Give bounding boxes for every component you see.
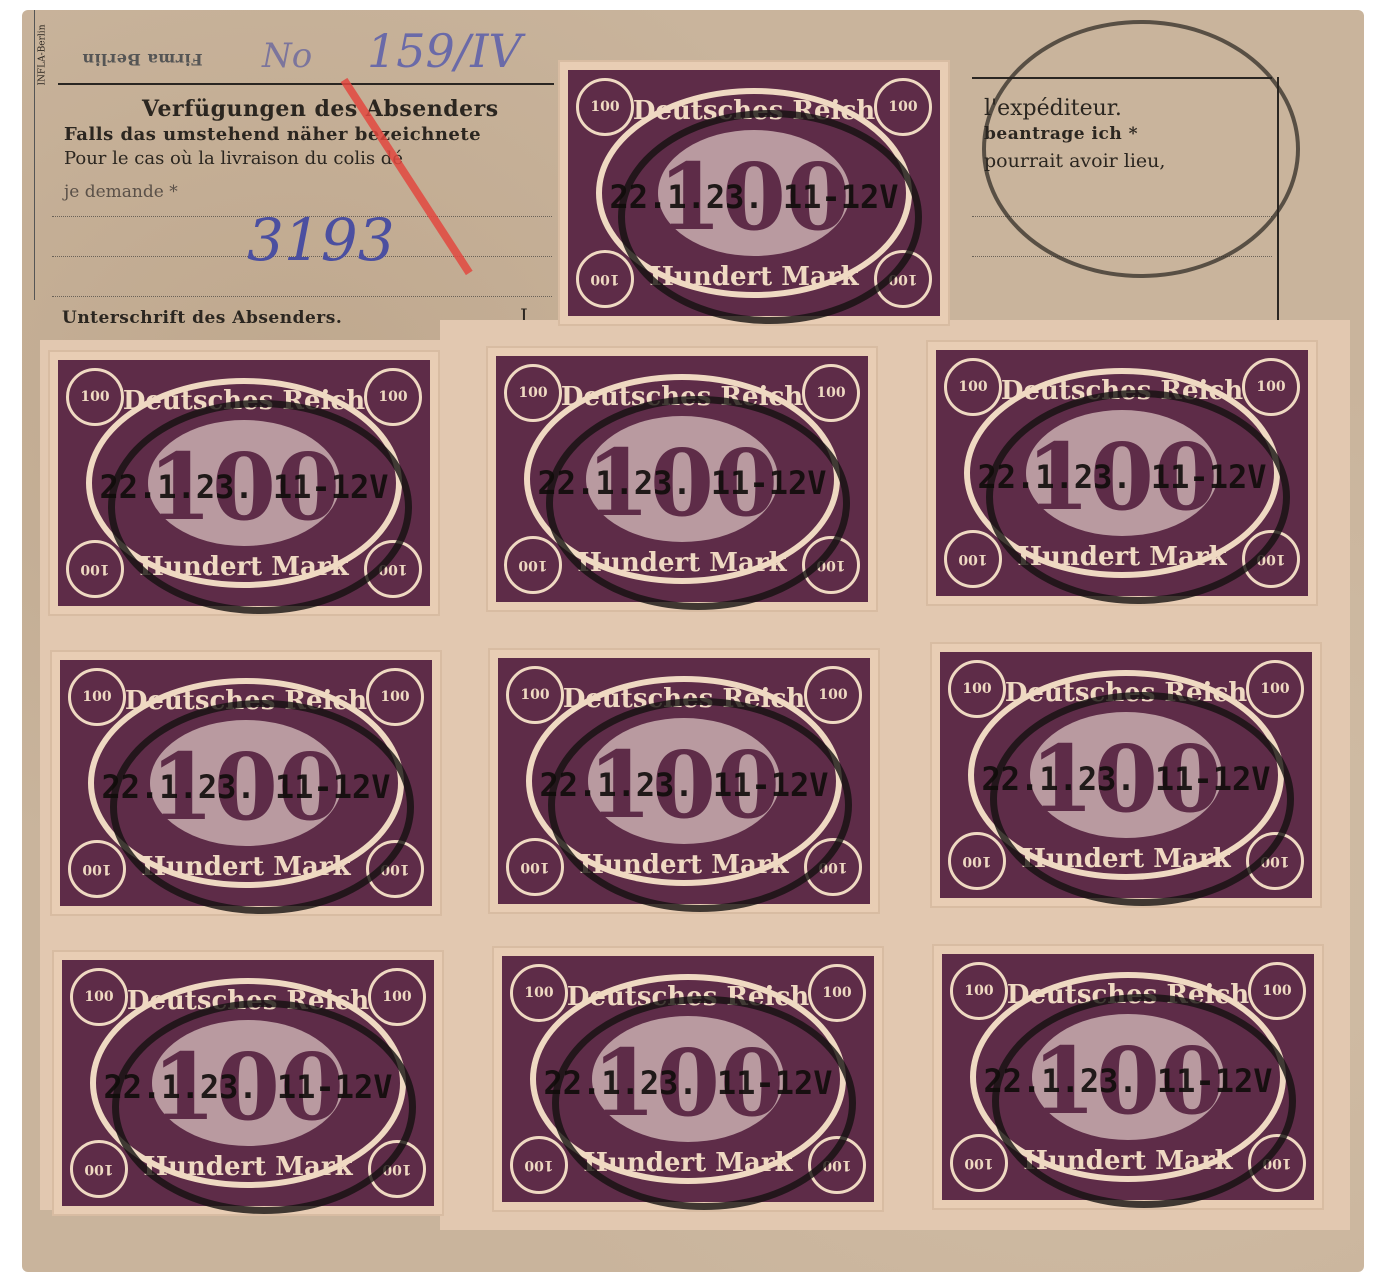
- postmark: [110, 700, 414, 914]
- left-border: [34, 10, 35, 300]
- upside-down-label: Firma Berlin: [82, 50, 203, 69]
- postage-stamp: 100 100 100 100 Deutsches Reich 100 Hund…: [494, 948, 882, 1210]
- postmark: [108, 400, 412, 614]
- handwritten-ref: 3193: [247, 206, 395, 274]
- line2-fr: Pour le cas où la livraison du colis dé: [64, 148, 403, 169]
- line3-fr: je demande *: [64, 182, 178, 202]
- printer-mark: INFLA-Berlin: [38, 25, 48, 86]
- postmark: [618, 110, 922, 324]
- postage-stamp: 100 100 100 100 Deutsches Reich 100 Hund…: [50, 352, 438, 614]
- round-postmark: [982, 20, 1300, 278]
- postmark-date: 22.1.23. 11-12V: [502, 1064, 874, 1102]
- number-label: No: [262, 36, 312, 76]
- parcel-card: INFLA-Berlin Firma Berlin No 159/IV Verf…: [22, 10, 1364, 1272]
- postage-stamp: 100 100 100 100 Deutsches Reich 100 Hund…: [54, 952, 442, 1214]
- header-rule: [58, 83, 554, 85]
- postmark-date: 22.1.23. 11-12V: [568, 178, 940, 216]
- postmark-date: 22.1.23. 11-12V: [498, 766, 870, 804]
- line1-de: Falls das umstehend näher bezeichnete: [64, 124, 481, 145]
- postmark-date: 22.1.23. 11-12V: [496, 464, 868, 502]
- postage-stamp: 100 100 100 100 Deutsches Reich 100 Hund…: [932, 644, 1320, 906]
- postage-stamp: 100 100 100 100 Deutsches Reich 100 Hund…: [560, 62, 948, 324]
- postmark: [546, 396, 850, 610]
- heading-de: Verfügungen des Absenders: [142, 96, 499, 122]
- postmark-date: 22.1.23. 11-12V: [60, 768, 432, 806]
- postmark: [548, 698, 852, 912]
- signature-label: Unterschrift des Absenders.: [62, 308, 342, 328]
- postmark-date: 22.1.23. 11-12V: [942, 1062, 1314, 1100]
- postage-stamp: 100 100 100 100 Deutsches Reich 100 Hund…: [488, 348, 876, 610]
- handwritten-number: 159/IV: [367, 24, 522, 78]
- postmark-date: 22.1.23. 11-12V: [940, 760, 1312, 798]
- postmark: [112, 1000, 416, 1214]
- postmark: [986, 390, 1290, 604]
- postage-stamp: 100 100 100 100 Deutsches Reich 100 Hund…: [928, 342, 1316, 604]
- dotted-line: [52, 296, 552, 297]
- postmark: [990, 692, 1294, 906]
- postage-stamp: 100 100 100 100 Deutsches Reich 100 Hund…: [934, 946, 1322, 1208]
- postmark-date: 22.1.23. 11-12V: [936, 458, 1308, 496]
- postmark: [992, 994, 1296, 1208]
- postmark-date: 22.1.23. 11-12V: [58, 468, 430, 506]
- postage-stamp: 100 100 100 100 Deutsches Reich 100 Hund…: [490, 650, 878, 912]
- postmark-date: 22.1.23. 11-12V: [62, 1068, 434, 1106]
- postage-stamp: 100 100 100 100 Deutsches Reich 100 Hund…: [52, 652, 440, 914]
- postmark: [552, 996, 856, 1210]
